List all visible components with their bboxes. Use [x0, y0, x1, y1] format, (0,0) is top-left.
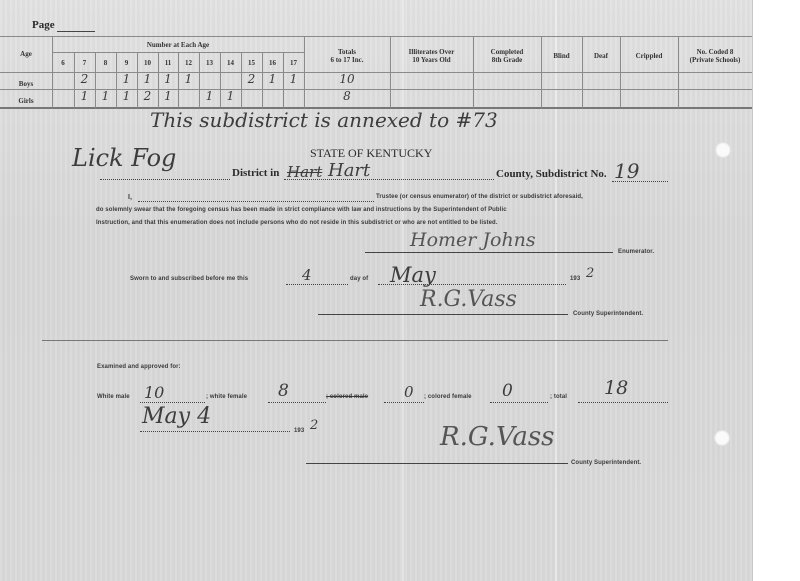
district-name: Lick Fog	[72, 144, 176, 172]
illiterates-header-line2: 10 Years Old	[412, 56, 450, 64]
age-col-9: 9	[116, 59, 137, 67]
district-name-line	[100, 179, 230, 180]
girls-age-13: 1	[199, 89, 220, 103]
annexed-annotation: This subdistrict is annexed to #73	[150, 108, 498, 132]
colored-male-label: ; colored male	[326, 394, 368, 400]
section-divider	[42, 340, 668, 341]
white-male-label: White male	[97, 394, 130, 400]
boys-total: 10	[304, 72, 390, 86]
age-col-11: 11	[158, 59, 178, 67]
crippled-header: Crippled	[620, 52, 678, 60]
illiterates-header: Illiterates Over10 Years Old	[390, 48, 473, 64]
superintendent-signature-1: R.G.Vass	[420, 287, 517, 312]
girls-age-8: 1	[95, 89, 116, 103]
sworn-day: 4	[302, 266, 312, 284]
age-col-6: 6	[52, 59, 74, 67]
oath-trustee-text: Trustee (or census enumerator) of the di…	[376, 194, 583, 200]
superintendent-line-2	[306, 463, 568, 464]
deaf-header: Deaf	[582, 52, 620, 60]
boys-age-11: 1	[158, 72, 178, 86]
completed-header-line1: Completed	[491, 48, 524, 56]
girls-age-10: 2	[137, 89, 158, 103]
superintendent-label-2: County Superintendent.	[571, 460, 641, 466]
county-name: Hart	[328, 160, 370, 181]
colored-female-label: ; colored female	[424, 394, 472, 400]
subdistrict-line	[612, 181, 668, 182]
age-col-8: 8	[95, 59, 116, 67]
sworn-year-suffix: 2	[586, 266, 594, 281]
boys-age-10: 1	[137, 72, 158, 86]
superintendent-signature-2: R.G.Vass	[440, 422, 555, 452]
enumerator-signature: Homer Johns	[410, 229, 536, 251]
trustee-name-line	[138, 201, 374, 202]
white-female-label: ; white female	[206, 394, 247, 400]
form-title: STATE OF KENTUCKY	[310, 146, 432, 161]
age-col-13: 13	[199, 59, 220, 67]
row-label-boys: Boys	[0, 80, 52, 88]
census-form-page: Page Age Number at Each Age 6 7 8 9 10	[0, 0, 753, 581]
illiterates-header-line1: Illiterates Over	[409, 48, 455, 56]
girls-age-9: 1	[116, 89, 137, 103]
total-label: ; total	[550, 394, 567, 400]
sworn-month: May	[390, 263, 436, 287]
totals-header-line2: 6 to 17 Inc.	[330, 56, 363, 64]
boys-age-7: 2	[74, 72, 95, 86]
approval-year-prefix: 193	[294, 428, 304, 434]
white-female-line	[268, 402, 326, 403]
age-col-14: 14	[220, 59, 241, 67]
sworn-year-prefix: 193	[570, 276, 580, 282]
total-value: 18	[604, 377, 628, 399]
total-line	[578, 402, 668, 403]
completed-header-line2: 8th Grade	[492, 56, 523, 64]
age-col-16: 16	[262, 59, 283, 67]
superintendent-label-1: County Superintendent.	[573, 311, 643, 317]
age-count-table: Age Number at Each Age 6 7 8 9 10 11 12 …	[0, 36, 752, 108]
approval-date: May 4	[142, 404, 211, 429]
girls-age-11: 1	[158, 89, 178, 103]
white-female-value: 8	[278, 381, 289, 401]
white-male-value: 10	[144, 383, 164, 402]
page-label: Page	[32, 19, 55, 31]
sworn-day-line	[286, 284, 348, 285]
examined-label: Examined and approved for:	[97, 364, 181, 370]
enumerator-label: Enumerator.	[618, 249, 654, 255]
row-label-girls: Girls	[0, 97, 52, 105]
totals-header: Totals6 to 17 Inc.	[304, 48, 390, 64]
colored-female-value: 0	[502, 381, 513, 401]
coded-header-line2: (Private Schools)	[690, 56, 741, 64]
coded-header-line1: No. Coded 8	[697, 48, 734, 56]
completed-header: Completed8th Grade	[473, 48, 541, 64]
binder-hole-bottom	[714, 430, 730, 446]
girls-total: 8	[304, 89, 390, 103]
county-line	[284, 179, 494, 180]
boys-age-15: 2	[241, 72, 262, 86]
coded-header: No. Coded 8(Private Schools)	[678, 48, 752, 64]
boys-age-9: 1	[116, 72, 137, 86]
subdistrict-number: 19	[614, 159, 639, 183]
white-male-line	[140, 402, 205, 403]
page-field-line	[57, 31, 95, 32]
age-col-15: 15	[241, 59, 262, 67]
blind-header: Blind	[541, 52, 582, 60]
enumerator-line	[365, 252, 613, 253]
oath-i-label: I,	[128, 194, 132, 201]
number-at-each-age-header: Number at Each Age	[52, 41, 304, 49]
age-col-10: 10	[137, 59, 158, 67]
oath-body-line1: do solemnly swear that the foregoing cen…	[96, 207, 507, 213]
superintendent-line-1	[318, 314, 568, 315]
approval-date-line	[140, 431, 290, 432]
colored-male-line	[384, 402, 424, 403]
district-in-label: District in	[232, 167, 279, 179]
approval-year-suffix: 2	[310, 418, 318, 433]
age-col-17: 17	[283, 59, 304, 67]
boys-age-17: 1	[283, 72, 304, 86]
age-header: Age	[0, 50, 52, 58]
county-subdistrict-label: County, Subdistrict No.	[496, 168, 607, 180]
day-of-label: day of	[350, 276, 368, 282]
oath-body-line2: Instruction, and that this enumeration d…	[96, 220, 498, 226]
girls-age-7: 1	[74, 89, 95, 103]
boys-age-16: 1	[262, 72, 283, 86]
age-col-12: 12	[178, 59, 199, 67]
colored-female-line	[490, 402, 548, 403]
totals-header-line1: Totals	[338, 48, 356, 56]
boys-age-12: 1	[178, 72, 199, 86]
binder-hole-top	[715, 142, 731, 158]
colored-male-value: 0	[404, 383, 414, 401]
girls-age-14: 1	[220, 89, 241, 103]
sworn-label: Sworn to and subscribed before me this	[130, 276, 248, 282]
age-col-7: 7	[74, 59, 95, 67]
